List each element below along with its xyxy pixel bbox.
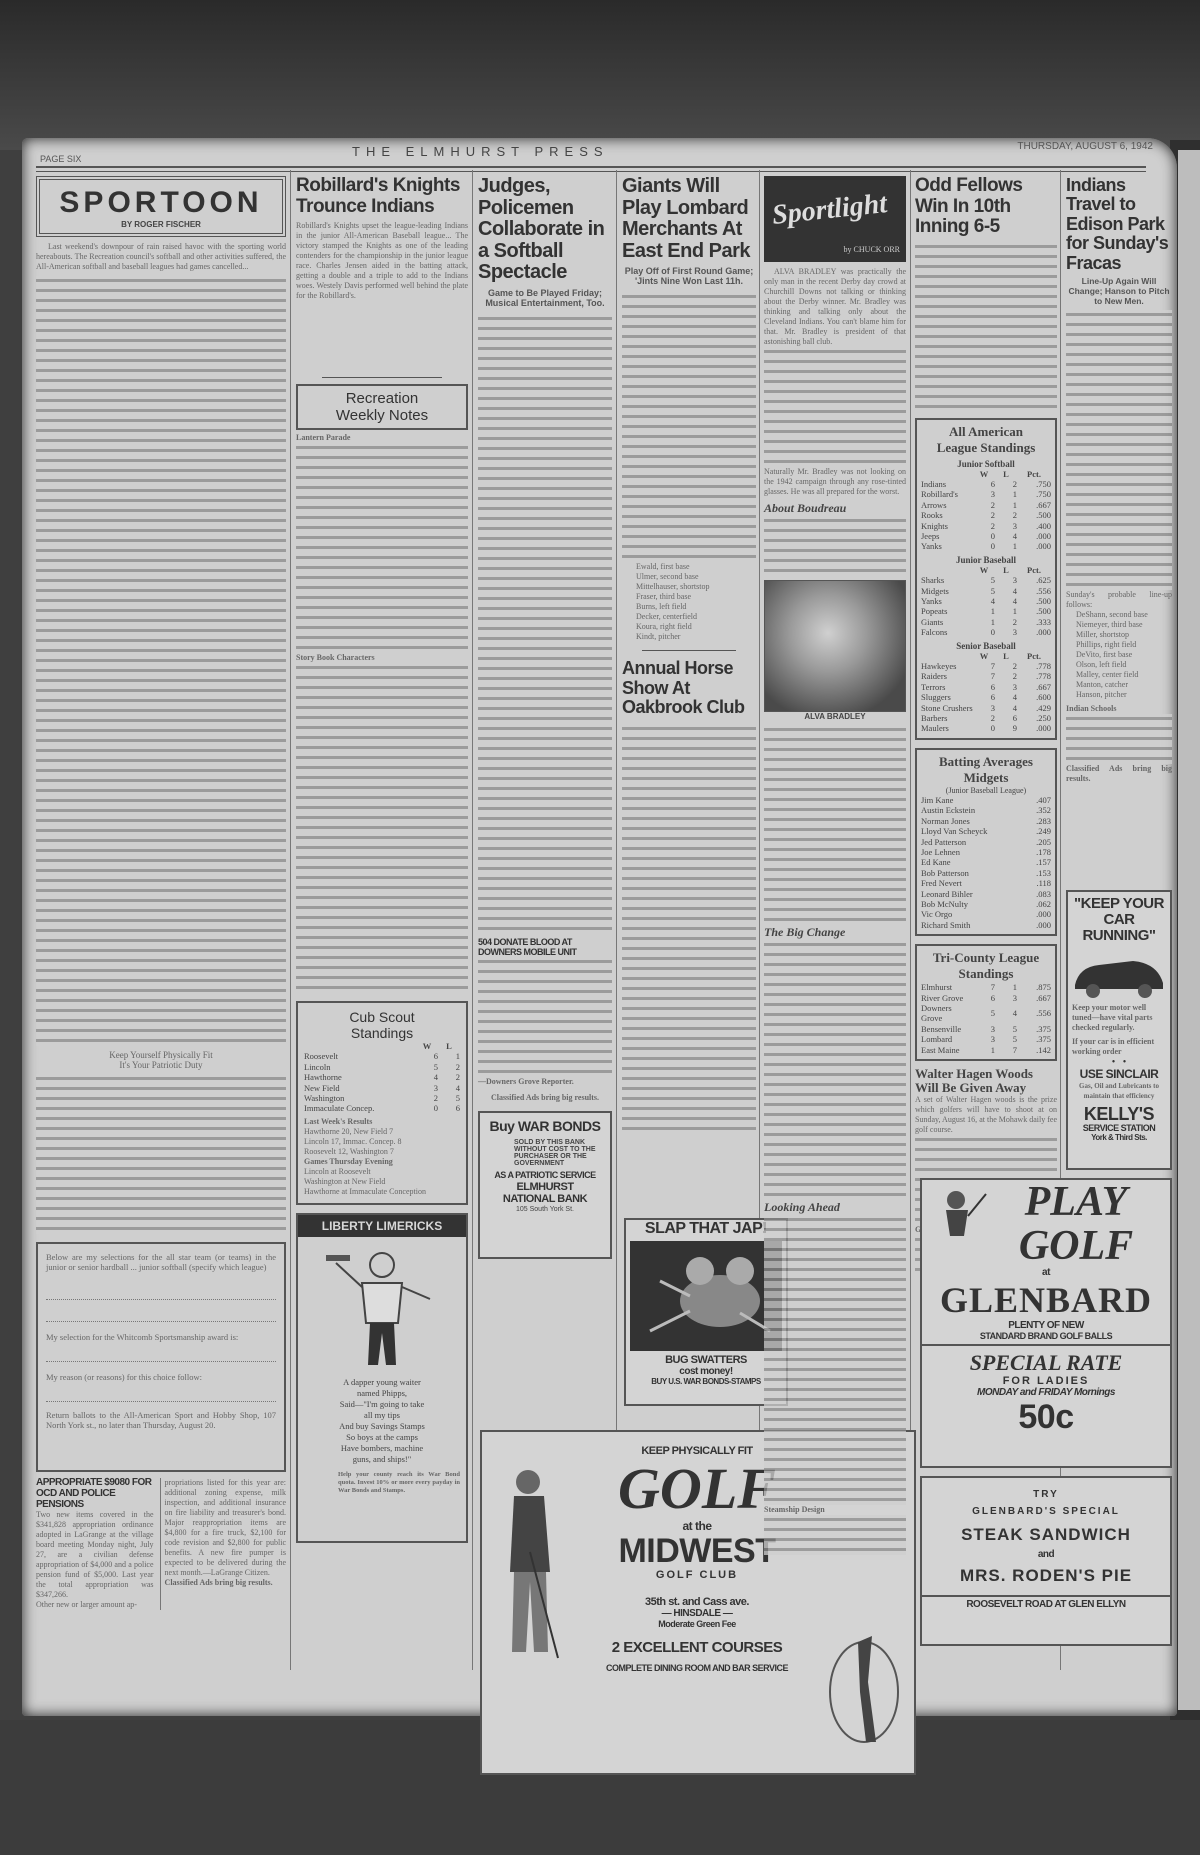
woman-golfer-illustration-icon xyxy=(822,1622,902,1752)
recreation-title-2: Weekly Notes xyxy=(302,407,462,424)
sportlight-subhead-big-change: The Big Change xyxy=(764,925,906,940)
table-row: Roosevelt61 xyxy=(304,1051,460,1061)
table-row: Fred Nevert.118 xyxy=(921,878,1051,888)
sportoon-column: SPORTOON BY ROGER FISCHER Last weekend's… xyxy=(36,176,286,1610)
sportlight-body-7 xyxy=(764,1515,906,1555)
table-row: Bob McNulty.062 xyxy=(921,899,1051,909)
sportlight-byline: by CHUCK ORR xyxy=(844,245,900,254)
cub-results-list: Hawthorne 20, New Field 7Lincoln 17, Imm… xyxy=(304,1127,460,1157)
list-item: Burns, left field xyxy=(636,602,756,612)
table-row: Vic Orgo.000 xyxy=(921,909,1051,919)
indians-travel-body xyxy=(1066,310,1172,590)
glenbard-special-rate: SPECIAL RATE xyxy=(922,1350,1170,1376)
bug-illustration-icon xyxy=(630,1241,782,1351)
odd-fellows-body xyxy=(915,242,1057,412)
list-item: So boys at the camps xyxy=(298,1432,466,1443)
robillard-body: Robillard's Knights upset the league-lea… xyxy=(296,221,468,371)
table-row: Bob Patterson.153 xyxy=(921,868,1051,878)
kellys-address: York & Third Sts. xyxy=(1068,1134,1170,1143)
food-ad-address: ROOSEVELT ROAD AT GLEN ELLYN xyxy=(922,1595,1170,1611)
food-ad-steak-sandwich: STEAK SANDWICH xyxy=(922,1526,1170,1544)
ballot-line[interactable] xyxy=(46,1360,276,1362)
table-row: Knights23.400 xyxy=(921,521,1051,531)
food-ad-and: and xyxy=(922,1550,1170,1561)
kellys-service-ad: "KEEP YOUR CAR RUNNING" Keep your motor … xyxy=(1066,890,1172,1170)
masthead-rule xyxy=(36,166,1146,172)
sportoon-banner: SPORTOON BY ROGER FISCHER xyxy=(36,176,286,237)
batting-subtitle: (Junior Baseball League) xyxy=(921,786,1051,795)
cub-scout-title-1: Cub Scout xyxy=(304,1009,460,1025)
kellys-title: "KEEP YOUR CAR RUNNING" xyxy=(1068,896,1170,945)
list-item: Kindt, pitcher xyxy=(636,632,756,642)
table-row: Popeats11.500 xyxy=(921,606,1051,616)
food-ad-pie: MRS. RODEN'S PIE xyxy=(922,1567,1170,1585)
indians-travel-headline: Indians Travel to Edison Park for Sunday… xyxy=(1066,176,1172,273)
sportoon-body-text-2 xyxy=(36,1074,286,1234)
sportlight-subhead-boudreau: About Boudreau xyxy=(764,501,906,516)
table-row: Bensenville35.375 xyxy=(921,1024,1051,1034)
batting-title-2: Midgets xyxy=(921,770,1051,786)
ballot-line[interactable] xyxy=(46,1320,276,1322)
glenbard-food-ad: TRY GLENBARD'S SPECIAL STEAK SANDWICH an… xyxy=(920,1476,1172,1646)
war-bonds-text: SOLD BY THIS BANK WITHOUT COST TO THE PU… xyxy=(514,1139,604,1167)
division-table: WLPct.Hawkeyes72.778Raiders72.778Terrors… xyxy=(921,651,1051,734)
sportoon-subhead-2: It's Your Patriotic Duty xyxy=(36,1060,286,1070)
list-item: Koura, right field xyxy=(636,622,756,632)
all-american-divisions: Junior SoftballWLPct.Indians62.750Robill… xyxy=(921,459,1051,734)
table-row: Midgets54.556 xyxy=(921,586,1051,596)
table-row: Ed Kane.157 xyxy=(921,857,1051,867)
list-item: Olson, left field xyxy=(1076,660,1172,670)
table-row: Downers Grove54.556 xyxy=(921,1003,1051,1024)
dateline: THURSDAY, AUGUST 6, 1942 xyxy=(1017,141,1153,152)
list-item: guns, and ships!" xyxy=(298,1454,466,1465)
list-item: Decker, centerfield xyxy=(636,612,756,622)
list-item: Said—"I'm going to take xyxy=(298,1399,466,1410)
table-row: Sluggers64.600 xyxy=(921,692,1051,702)
recreation-banner: Recreation Weekly Notes xyxy=(296,384,468,430)
column-3: Judges, Policemen Collaborate in a Softb… xyxy=(478,176,612,1259)
classified-note: Classified Ads bring big results. xyxy=(165,1578,286,1588)
batting-title-1: Batting Averages xyxy=(921,754,1051,770)
food-ad-special: GLENBARD'S SPECIAL xyxy=(922,1507,1170,1518)
list-item: Lincoln 17, Immac. Concep. 8 xyxy=(304,1137,460,1147)
sportlight-subhead-steamship: Steamship Design xyxy=(764,1505,906,1515)
newspaper-page: PAGE SIX THE ELMHURST PRESS THURSDAY, AU… xyxy=(22,138,1177,1716)
golfer-illustration-icon xyxy=(500,1462,570,1662)
list-item: Hawthorne 20, New Field 7 xyxy=(304,1127,460,1137)
limerick-verse: A dapper young waiternamed Phipps,Said—"… xyxy=(298,1377,466,1465)
sportlight-body-5 xyxy=(764,940,906,1200)
horse-show-body xyxy=(622,724,756,1134)
list-item: Ulmer, second base xyxy=(636,572,756,582)
table-row: Rooks22.500 xyxy=(921,510,1051,520)
recreation-body-2 xyxy=(296,663,468,993)
bank-name-2: NATIONAL BANK xyxy=(486,1194,604,1206)
indians-lineup: DeShann, second baseNiemeyer, third base… xyxy=(1066,610,1172,700)
ballot-return-note: Return ballots to the All-American Sport… xyxy=(46,1410,276,1430)
all-american-title-1: All American xyxy=(921,424,1051,440)
sportoon-byline: BY ROGER FISCHER xyxy=(44,220,278,229)
judges-subhead: Game to Be Played Friday; Musical Entert… xyxy=(478,288,612,308)
list-item: Hawthorne at Immaculate Conception xyxy=(304,1187,460,1197)
war-bonds-service: AS A PATRIOTIC SERVICE xyxy=(486,1171,604,1181)
table-row: Raiders72.778 xyxy=(921,671,1051,681)
cub-scout-standings: Cub Scout Standings WLRoosevelt61Lincoln… xyxy=(296,1001,468,1205)
table-row: Robillard's31.750 xyxy=(921,489,1051,499)
table-row: Arrows21.667 xyxy=(921,500,1051,510)
list-item: all my tips xyxy=(298,1410,466,1421)
sportlight-body-3 xyxy=(764,516,906,576)
list-item: Niemeyer, third base xyxy=(1076,620,1172,630)
appropriate-tail: Other new or larger amount ap- xyxy=(36,1600,154,1610)
glenbard-plenty: PLENTY OF NEW xyxy=(922,1321,1170,1332)
tri-county-standings: Tri-County League Standings Elmhurst71.8… xyxy=(915,944,1057,1061)
table-row: Jed Patterson.205 xyxy=(921,837,1051,847)
golf-ad-fee: Moderate Green Fee xyxy=(582,1620,812,1630)
table-row: Yanks44.500 xyxy=(921,596,1051,606)
glenbard-golf-ad: PLAY GOLF at GLENBARD PLENTY OF NEW STAN… xyxy=(920,1178,1172,1468)
column-6: Odd Fellows Win In 10th Inning 6-5 All A… xyxy=(915,176,1057,1275)
list-item: Manton, catcher xyxy=(1076,680,1172,690)
all-american-title-2: League Standings xyxy=(921,440,1051,456)
limericks-title: LIBERTY LIMERICKS xyxy=(298,1215,466,1237)
table-row: Indians62.750 xyxy=(921,479,1051,489)
glenbard-play: PLAY xyxy=(982,1180,1170,1224)
sportlight-title: Sportlight xyxy=(771,188,889,232)
table-row: Austin Eckstein.352 xyxy=(921,805,1051,815)
page-number: PAGE SIX xyxy=(40,154,81,164)
golf-ad-courses: 2 EXCELLENT COURSES xyxy=(582,1640,812,1656)
list-item: Miller, shortstop xyxy=(1076,630,1172,640)
all-american-standings: All American League Standings Junior Sof… xyxy=(915,418,1057,740)
table-row: New Field34 xyxy=(304,1083,460,1093)
list-item: And buy Savings Stamps xyxy=(298,1421,466,1432)
blood-donation-credit: —Downers Grove Reporter. xyxy=(478,1077,612,1087)
cub-results-heading: Last Week's Results xyxy=(304,1117,460,1127)
golf-ad-dining: COMPLETE DINING ROOM AND BAR SERVICE xyxy=(582,1664,812,1674)
table-row: Lombard35.375 xyxy=(921,1034,1051,1044)
table-row: Lloyd Van Scheyck.249 xyxy=(921,826,1051,836)
division-heading: Junior Softball xyxy=(921,459,1051,469)
glenbard-golf: GOLF xyxy=(982,1224,1170,1268)
division-table: WLPct.Sharks53.625Midgets54.556Yanks44.5… xyxy=(921,565,1051,638)
hagen-body: A set of Walter Hagen woods is the prize… xyxy=(915,1095,1057,1135)
war-bonds-title: Buy WAR BONDS xyxy=(486,1119,604,1134)
cub-scout-title-2: Standings xyxy=(304,1025,460,1041)
sportlight-body: ALVA BRADLEY was practically the only ma… xyxy=(764,267,906,347)
list-item: Malley, center field xyxy=(1076,670,1172,680)
list-item: DeVito, first base xyxy=(1076,650,1172,660)
alva-bradley-photo xyxy=(764,580,906,712)
liberty-limericks-ad: LIBERTY LIMERICKS A dapper young waitern… xyxy=(296,1213,468,1543)
table-row: Norman Jones.283 xyxy=(921,816,1051,826)
kellys-line2: If your car is in efficient working orde… xyxy=(1068,1033,1170,1057)
table-row: WLPct. xyxy=(921,565,1051,575)
table-row: WL xyxy=(304,1041,460,1051)
kellys-line3: USE SINCLAIR xyxy=(1068,1068,1170,1081)
list-item: Washington at New Field xyxy=(304,1177,460,1187)
tri-county-title-2: Standings xyxy=(921,966,1051,982)
table-row: Sharks53.625 xyxy=(921,575,1051,585)
list-item: Mittelhauser, shortstop xyxy=(636,582,756,592)
golfer-cartoon-icon xyxy=(928,1186,988,1246)
division-heading: Junior Baseball xyxy=(921,555,1051,565)
horse-show-headline: Annual Horse Show At Oakbrook Club xyxy=(622,659,756,717)
giants-body xyxy=(622,292,756,562)
ballot-instructions: Below are my selections for the all star… xyxy=(46,1252,276,1272)
indians-travel-subhead: Line-Up Again Will Change; Hanson to Pit… xyxy=(1066,276,1172,306)
table-row: Barbers26.250 xyxy=(921,713,1051,723)
table-row: Giants12.333 xyxy=(921,617,1051,627)
indians-lineup-intro: Sunday's probable line-up follows: xyxy=(1066,590,1172,610)
sportlight-subhead-looking-ahead: Looking Ahead xyxy=(764,1200,906,1215)
table-row: Elmhurst71.875 xyxy=(921,982,1051,992)
glenbard-name: GLENBARD xyxy=(922,1279,1170,1321)
list-item: Have bombers, machine xyxy=(298,1443,466,1454)
classified-note: Classified Ads bring big results. xyxy=(1066,764,1172,784)
list-item: Roosevelt 12, Washington 7 xyxy=(304,1147,460,1157)
table-row: Maulers09.000 xyxy=(921,723,1051,733)
kellys-line1: Keep your motor well tuned—have vital pa… xyxy=(1068,1003,1170,1033)
tri-county-table: Elmhurst71.875River Grove63.667Downers G… xyxy=(921,982,1051,1055)
indian-schools-body xyxy=(1066,714,1172,764)
blood-donation-body xyxy=(478,957,612,1077)
recreation-title-1: Recreation xyxy=(302,390,462,407)
tri-county-title-1: Tri-County League xyxy=(921,950,1051,966)
ballot-reason-label: My reason (or reasons) for this choice f… xyxy=(46,1372,276,1382)
war-bonds-bank-ad: Buy WAR BONDS SOLD BY THIS BANK WITHOUT … xyxy=(478,1111,612,1259)
limerick-footer: Help your county reach its War Bond quot… xyxy=(338,1471,460,1495)
slap-ad-title: SLAP THAT JAP! xyxy=(626,1220,786,1237)
list-item: Ewald, first base xyxy=(636,562,756,572)
cub-games-list: Lincoln at RooseveltWashington at New Fi… xyxy=(304,1167,460,1197)
recreation-section-story: Story Book Characters xyxy=(296,653,468,663)
indian-schools-subhead: Indian Schools xyxy=(1066,704,1172,714)
bank-address: 105 South York St. xyxy=(486,1206,604,1213)
odd-fellows-headline: Odd Fellows Win In 10th Inning 6-5 xyxy=(915,176,1057,238)
batting-table: Jim Kane.407Austin Eckstein.352Norman Jo… xyxy=(921,795,1051,930)
column-4: Giants Will Play Lombard Merchants At Ea… xyxy=(622,176,756,1134)
table-row: Richard Smith.000 xyxy=(921,920,1051,930)
photo-caption: ALVA BRADLEY xyxy=(764,712,906,721)
ballot-sportsmanship-label: My selection for the Whitcomb Sportsmans… xyxy=(46,1332,276,1342)
table-row: Washington25 xyxy=(304,1093,460,1103)
sportoon-body-text xyxy=(36,276,286,1046)
sportoon-subhead-1: Keep Yourself Physically Fit xyxy=(36,1050,286,1060)
car-illustration-icon xyxy=(1069,949,1169,999)
sportlight-body-2: Naturally Mr. Bradley was not looking on… xyxy=(764,467,906,497)
table-row: Lincoln52 xyxy=(304,1062,460,1072)
sportlight-body-4 xyxy=(764,725,906,925)
kellys-name: KELLY'S xyxy=(1068,1105,1170,1124)
glenbard-at: at xyxy=(922,1268,1170,1279)
kellys-line4: Gas, Oil and Lubricants to maintain that… xyxy=(1068,1081,1170,1101)
sportlight-body-cont xyxy=(764,347,906,467)
list-item: Phillips, right field xyxy=(1076,640,1172,650)
list-item: A dapper young waiter xyxy=(298,1377,466,1388)
recreation-body xyxy=(296,443,468,653)
sportoon-title: SPORTOON xyxy=(44,186,278,220)
list-item: Fraser, third base xyxy=(636,592,756,602)
sportlight-banner: Sportlight by CHUCK ORR xyxy=(764,176,906,262)
blood-donation-headline: 504 DONATE BLOOD AT DOWNERS MOBILE UNIT xyxy=(478,938,612,957)
table-row: Yanks01.000 xyxy=(921,541,1051,551)
list-item: Hanson, pitcher xyxy=(1076,690,1172,700)
glenbard-balls: STANDARD BRAND GOLF BALLS xyxy=(922,1332,1170,1347)
column-5: Sportlight by CHUCK ORR ALVA BRADLEY was… xyxy=(764,176,906,1555)
ballot-line[interactable] xyxy=(46,1298,276,1300)
list-item: Lincoln at Roosevelt xyxy=(304,1167,460,1177)
sportoon-lede: Last weekend's downpour of rain raised h… xyxy=(36,242,286,272)
glenbard-price: 50c xyxy=(922,1399,1170,1436)
slap-ad-line3: BUY U.S. WAR BONDS-STAMPS xyxy=(626,1378,786,1387)
table-row: River Grove63.667 xyxy=(921,993,1051,1003)
table-row: Hawkeyes72.778 xyxy=(921,661,1051,671)
recreation-section-lantern: Lantern Parade xyxy=(296,433,468,443)
food-ad-try: TRY xyxy=(922,1490,1170,1501)
waiter-illustration-icon xyxy=(322,1243,442,1373)
golf-ad-club2: GOLF CLUB xyxy=(582,1570,812,1582)
table-row: Jeeps04.000 xyxy=(921,531,1051,541)
robillard-headline: Robillard's Knights Trounce Indians xyxy=(296,176,468,217)
list-item: named Phipps, xyxy=(298,1388,466,1399)
table-row: East Maine17.142 xyxy=(921,1045,1051,1055)
cub-games-heading: Games Thursday Evening xyxy=(304,1157,460,1167)
table-row: Terrors63.667 xyxy=(921,682,1051,692)
hagen-headline: Walter Hagen Woods Will Be Given Away xyxy=(915,1067,1057,1095)
cub-scout-table: WLRoosevelt61Lincoln52Hawthorne42New Fie… xyxy=(304,1041,460,1114)
giants-lineup: Ewald, first baseUlmer, second baseMitte… xyxy=(622,562,756,642)
judges-headline: Judges, Policemen Collaborate in a Softb… xyxy=(478,176,612,284)
division-heading: Senior Baseball xyxy=(921,641,1051,651)
list-item: DeShann, second base xyxy=(1076,610,1172,620)
giants-subhead: Play Off of First Round Game; 'Jints Nin… xyxy=(622,266,756,286)
ballot-line[interactable] xyxy=(46,1400,276,1402)
table-row: Immaculate Concep.06 xyxy=(304,1103,460,1113)
appropriate-body: Two new items covered in the $341,828 ap… xyxy=(36,1510,154,1600)
giants-headline: Giants Will Play Lombard Merchants At Ea… xyxy=(622,176,756,262)
column-2: Robillard's Knights Trounce Indians Robi… xyxy=(296,176,468,1543)
table-row: Leonard Bihler.083 xyxy=(921,889,1051,899)
appropriate-headline-2: OCD AND POLICE PENSIONS xyxy=(36,1489,154,1511)
batting-averages: Batting Averages Midgets (Junior Basebal… xyxy=(915,748,1057,936)
division-table: WLPct.Indians62.750Robillard's31.750Arro… xyxy=(921,469,1051,552)
classified-note: Classified Ads bring big results. xyxy=(478,1093,612,1103)
table-row: Stone Crushers34.429 xyxy=(921,703,1051,713)
judges-body xyxy=(478,314,612,934)
masthead: THE ELMHURST PRESS xyxy=(352,144,609,159)
table-row: Joe Lehnen.178 xyxy=(921,847,1051,857)
scanner-top-shadow xyxy=(0,0,1200,150)
table-row: Jim Kane.407 xyxy=(921,795,1051,805)
all-star-ballot: Below are my selections for the all star… xyxy=(36,1242,286,1472)
table-row: WLPct. xyxy=(921,651,1051,661)
table-row: Falcons03.000 xyxy=(921,627,1051,637)
table-row: WLPct. xyxy=(921,469,1051,479)
appropriate-body-cont: propriations listed for this year are: a… xyxy=(165,1478,286,1578)
table-row: Hawthorne42 xyxy=(304,1072,460,1082)
column-7: Indians Travel to Edison Park for Sunday… xyxy=(1066,176,1172,784)
sportlight-body-6 xyxy=(764,1215,906,1505)
